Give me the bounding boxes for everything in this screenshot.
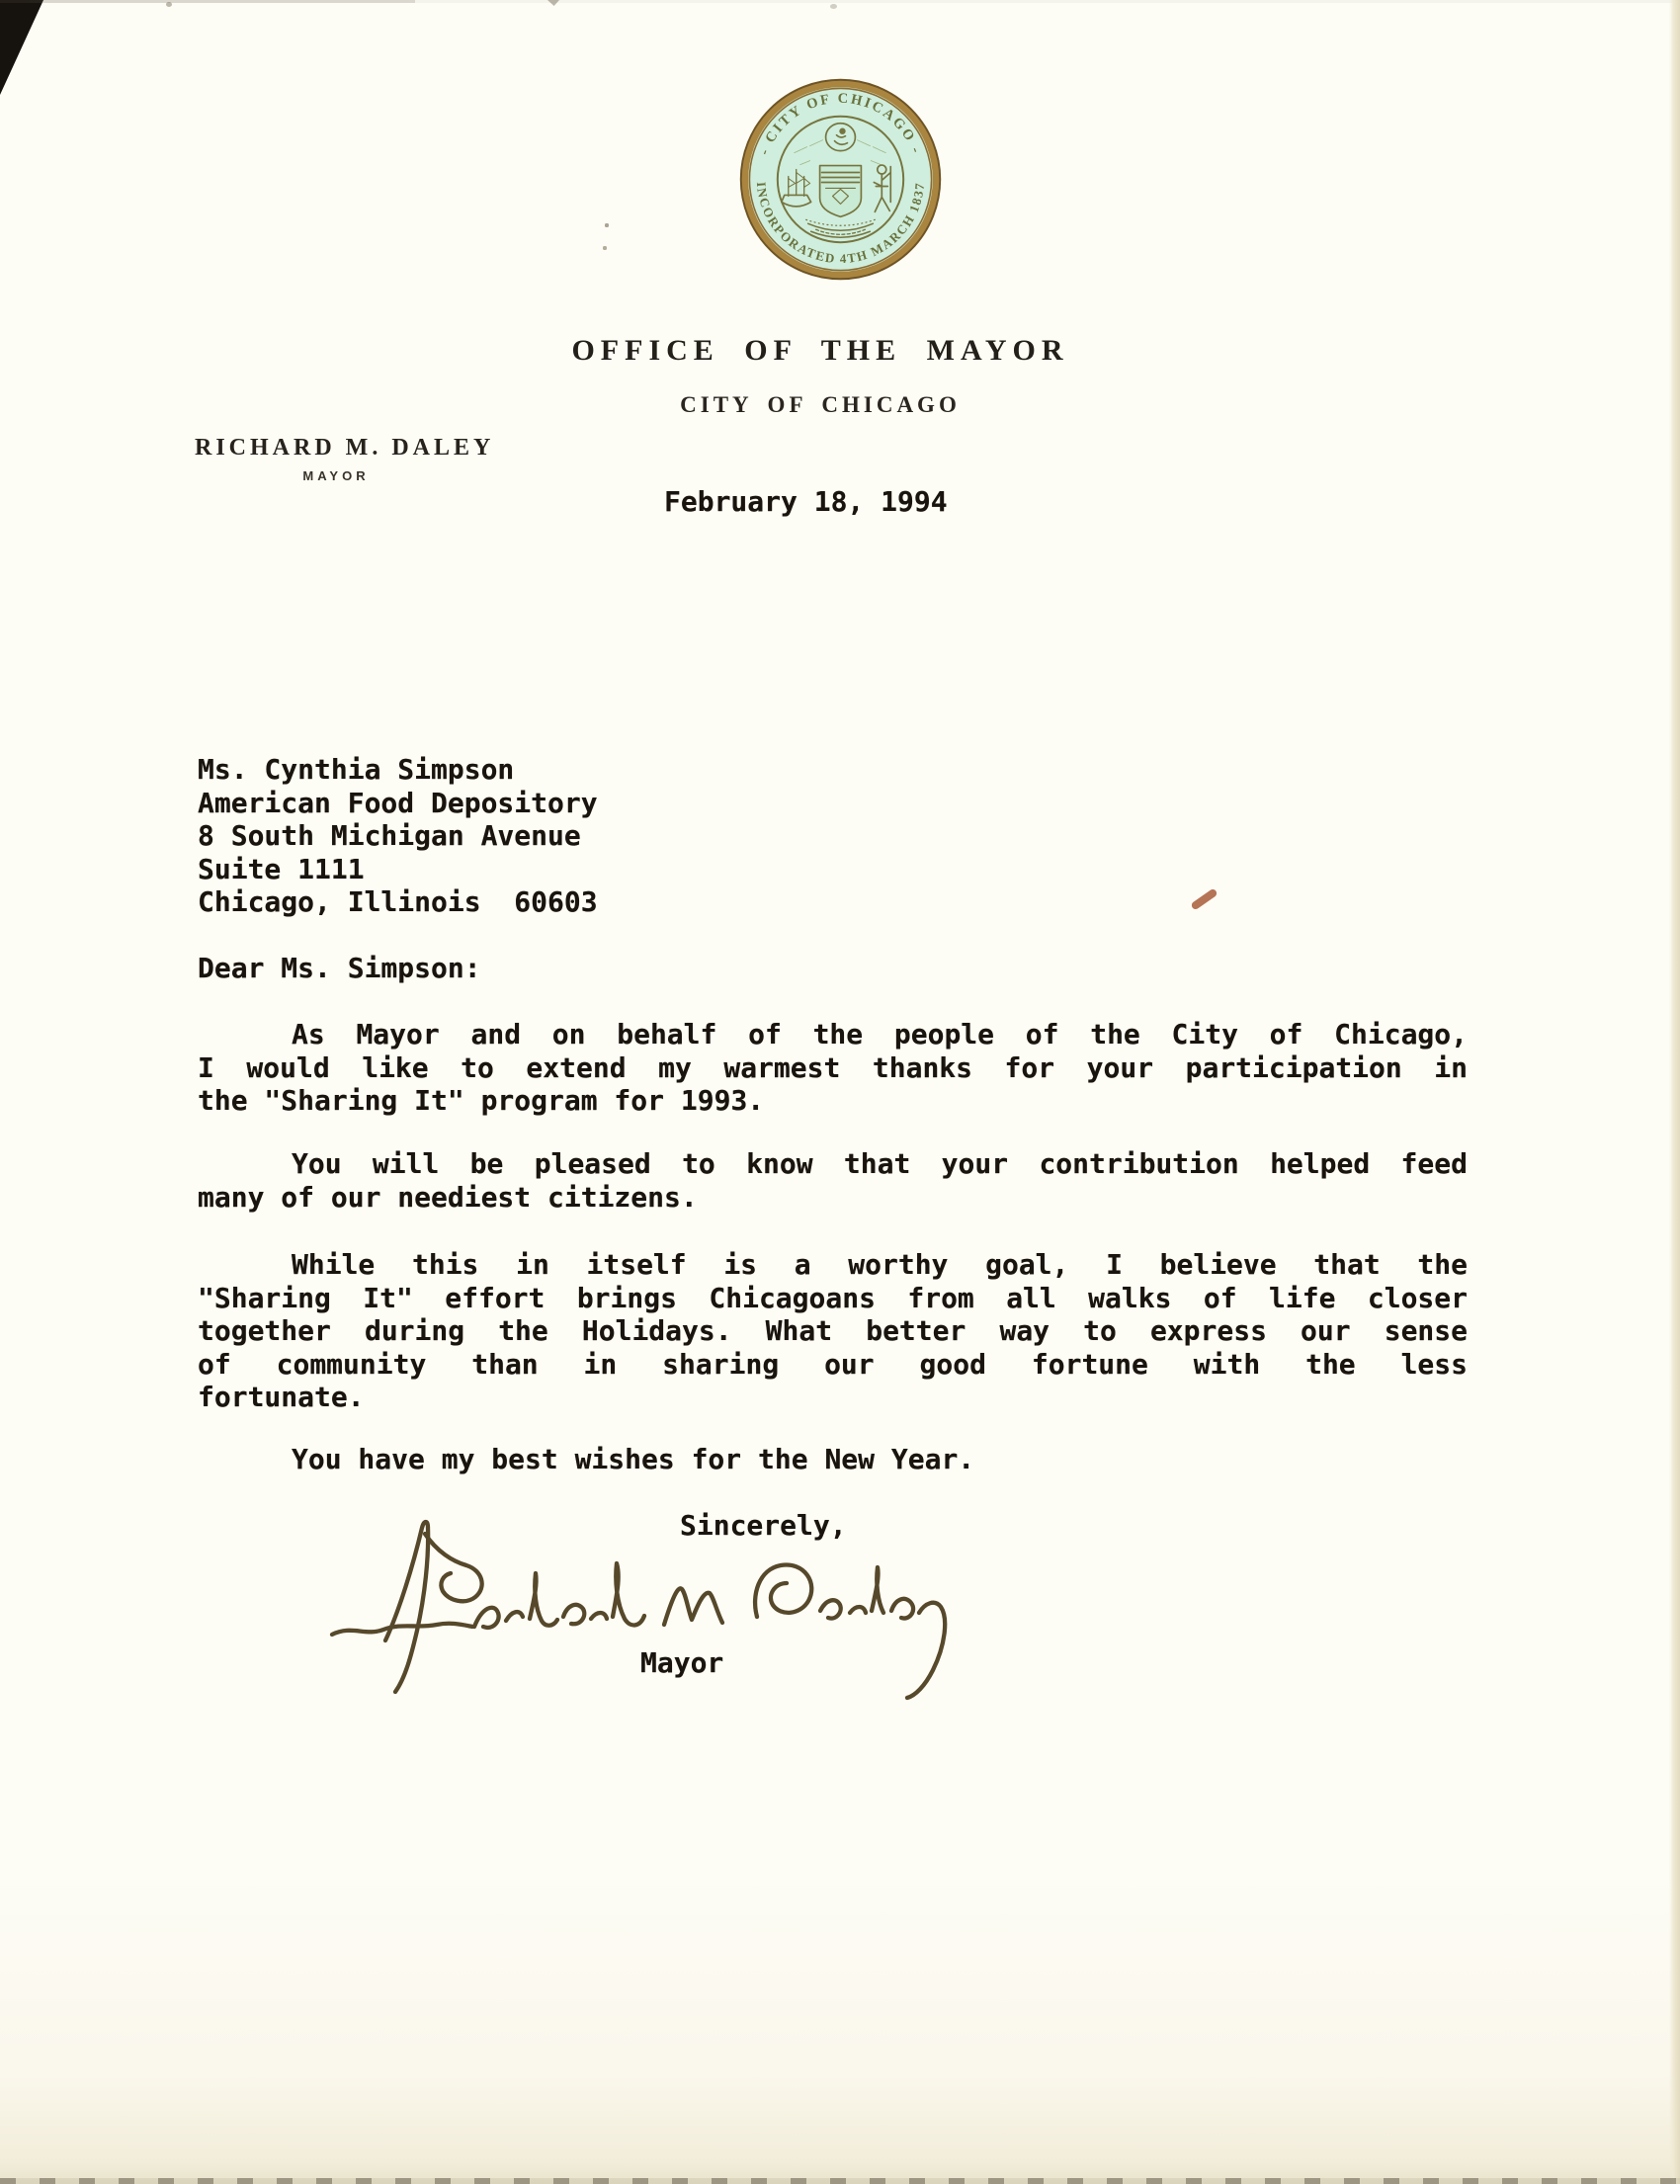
scan-bottom-edge bbox=[0, 2178, 1680, 2184]
recipient-line: Suite 1111 bbox=[198, 853, 598, 886]
body-line: I would like to extend my warmest thanks… bbox=[198, 1051, 1468, 1085]
body-line: You have my best wishes for the New Year… bbox=[198, 1443, 974, 1476]
city-of-chicago-seal-icon: - CITY OF CHICAGO - INCORPORATED 4TH MAR… bbox=[737, 76, 944, 283]
mayor-name: RICHARD M. DALEY bbox=[195, 435, 494, 462]
mayor-title-label: MAYOR bbox=[195, 468, 477, 483]
paper-speck bbox=[603, 246, 607, 250]
body-paragraph-4: You have my best wishes for the New Year… bbox=[198, 1443, 974, 1476]
body-line: fortunate. bbox=[198, 1381, 1468, 1414]
salutation-line: Dear Ms. Simpson: bbox=[198, 952, 481, 985]
body-line: many of our neediest citizens. bbox=[198, 1181, 1468, 1215]
body-line: "Sharing It" effort brings Chicagoans fr… bbox=[198, 1282, 1468, 1315]
body-paragraph-3: While this in itself is a worthy goal, I… bbox=[198, 1248, 1468, 1414]
body-line: While this in itself is a worthy goal, I… bbox=[198, 1248, 1468, 1282]
body-line: together during the Holidays. What bette… bbox=[198, 1314, 1468, 1348]
city-of-chicago-heading: CITY OF CHICAGO bbox=[0, 392, 1640, 418]
scan-top-edge bbox=[0, 0, 1680, 3]
closing-title: Mayor bbox=[640, 1646, 723, 1680]
office-of-the-mayor-heading: OFFICE OF THE MAYOR bbox=[0, 334, 1640, 368]
red-pen-mark bbox=[1190, 887, 1218, 910]
paper-nick bbox=[547, 0, 559, 6]
body-paragraph-2: You will be pleased to know that your co… bbox=[198, 1147, 1468, 1214]
scan-right-edge bbox=[1669, 0, 1680, 2184]
recipient-line: Ms. Cynthia Simpson bbox=[198, 753, 598, 787]
recipient-line: American Food Depository bbox=[198, 787, 598, 820]
scanned-letter-page: - CITY OF CHICAGO - INCORPORATED 4TH MAR… bbox=[0, 0, 1680, 2184]
body-paragraph-1: As Mayor and on behalf of the people of … bbox=[198, 1018, 1468, 1118]
scan-corner-shadow bbox=[0, 0, 43, 95]
recipient-address: Ms. Cynthia Simpson American Food Deposi… bbox=[198, 753, 598, 919]
salutation: Dear Ms. Simpson: bbox=[198, 952, 481, 985]
paper-nick bbox=[166, 2, 172, 7]
signature-handwriting bbox=[326, 1500, 1048, 1713]
paper-nick bbox=[830, 4, 837, 9]
body-line: As Mayor and on behalf of the people of … bbox=[198, 1018, 1468, 1051]
body-line: You will be pleased to know that your co… bbox=[198, 1147, 1468, 1181]
paper-speck bbox=[605, 223, 609, 227]
recipient-line: Chicago, Illinois 60603 bbox=[198, 885, 598, 919]
letter-date: February 18, 1994 bbox=[664, 485, 948, 519]
body-line: of community than in sharing our good fo… bbox=[198, 1348, 1468, 1382]
recipient-line: 8 South Michigan Avenue bbox=[198, 819, 598, 853]
body-line: the "Sharing It" program for 1993. bbox=[198, 1084, 1468, 1118]
